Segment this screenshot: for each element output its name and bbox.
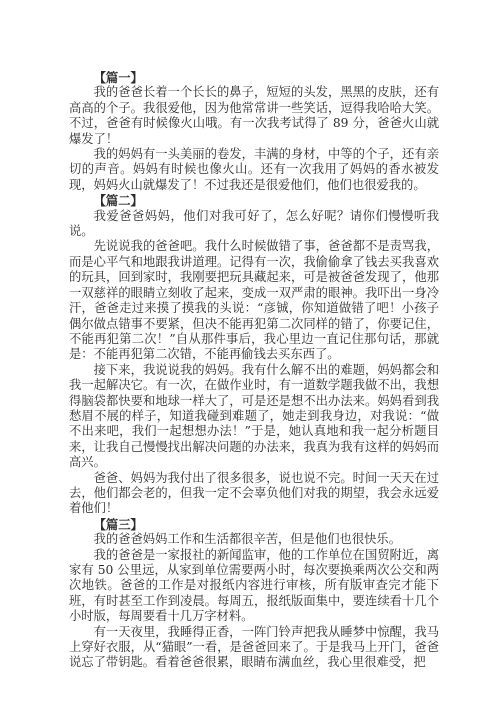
section-heading-3: 【篇三】 [69, 517, 439, 532]
section-heading-2: 【篇二】 [69, 193, 439, 208]
essay-paragraph: 我的妈妈有一头美丽的卷发，丰满的身材，中等的个子，还有亲切的声音。妈妈有时候也像… [69, 147, 439, 193]
essay-paragraph: 有一天夜里，我睡得正香，一阵门铃声把我从睡梦中惊醒，我马上穿好衣服，从“猫眼”一… [69, 625, 439, 671]
essay-content: 【篇一】 我的爸爸长着一个长长的鼻子，短短的头发，黑黑的皮肤，还有高高的个子。我… [69, 70, 439, 671]
essay-paragraph: 我的爸爸妈妈工作和生活都很辛苦，但是他们也很快乐。 [69, 532, 439, 547]
essay-paragraph: 接下来，我说说我的妈妈。我有什么解不出的难题，妈妈都会和我一起解决它。有一次，在… [69, 363, 439, 471]
essay-paragraph: 我的爸爸是一家报社的新闻监审，他的工作单位在国贸附近，离家有 50 公里远，从家… [69, 548, 439, 625]
essay-paragraph: 爸爸、妈妈为我付出了很多很多，说也说不完。时间一天天在过去，他们都会老的，但我一… [69, 471, 439, 517]
essay-paragraph: 我的爸爸长着一个长长的鼻子，短短的头发，黑黑的皮肤，还有高高的个子。我很爱他，因… [69, 85, 439, 147]
essay-paragraph: 我爱爸爸妈妈，他们对我可好了，怎么好呢？请你们慢慢听我说。 [69, 209, 439, 240]
section-heading-1: 【篇一】 [69, 70, 439, 85]
document-page: 【篇一】 我的爸爸长着一个长长的鼻子，短短的头发，黑黑的皮肤，还有高高的个子。我… [0, 0, 500, 707]
essay-paragraph: 先说说我的爸爸吧。我什么时候做错了事，爸爸都不是责骂我，而是心平气和地跟我讲道理… [69, 239, 439, 362]
